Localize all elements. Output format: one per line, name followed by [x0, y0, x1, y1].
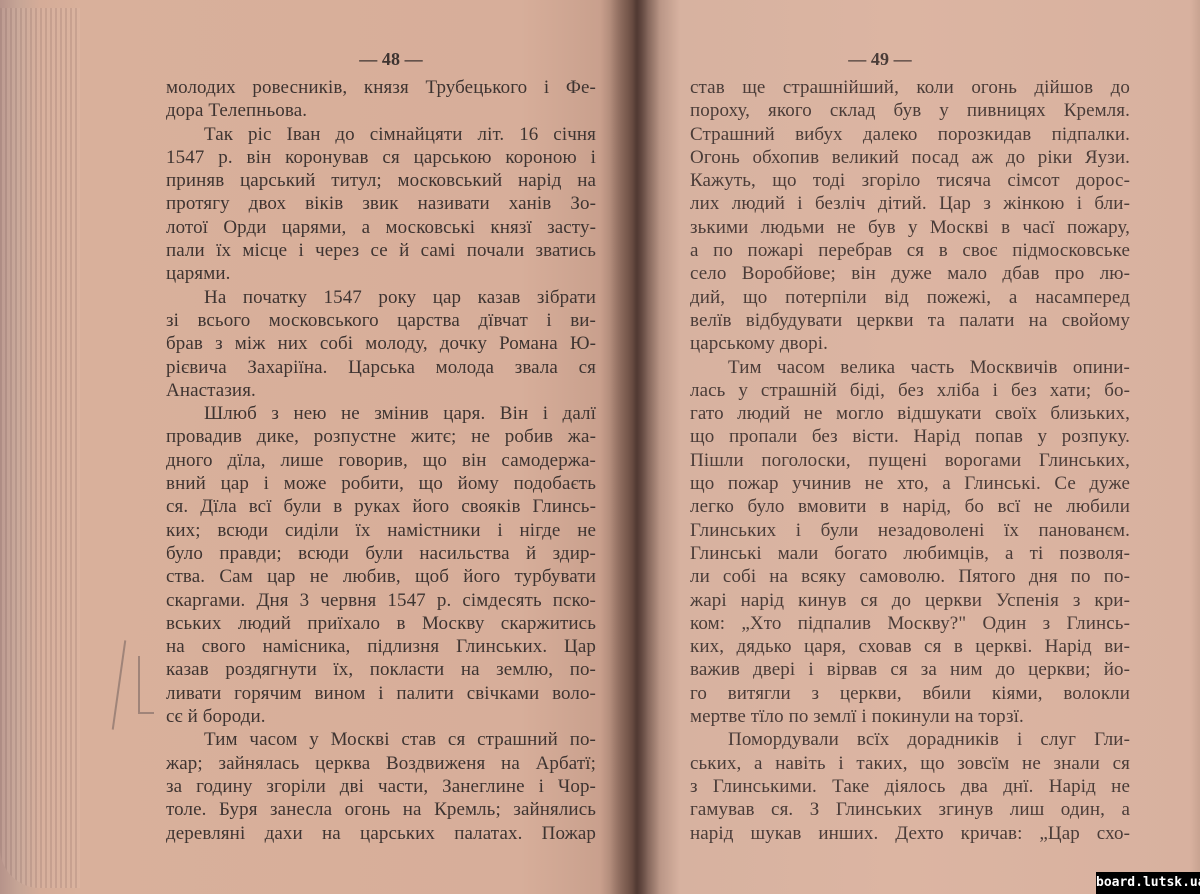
pencil-margin-mark — [112, 640, 127, 729]
text-line: приняв царський титул; московський нарід… — [166, 169, 596, 192]
text-line: Пішли поголоски, пущені ворогами Глинськ… — [690, 449, 1130, 472]
text-line: ливати горячим вином і палити свічками в… — [166, 682, 596, 705]
text-line: ся. Дїла всї були в руках його свояків Г… — [166, 495, 596, 518]
text-line: що пропали без вісти. Нарід попав у розп… — [690, 425, 1130, 448]
left-page: — 48 — молодих ровесників, князя Трубець… — [166, 48, 596, 845]
text-line: Страшний вибух далеко порозкидав підпалк… — [690, 123, 1130, 146]
text-line: важив двері і вірвав ся за ним до церкви… — [690, 658, 1130, 681]
text-line: жар; зайнялась церква Воздвиженя на Арба… — [166, 752, 596, 775]
text-line: лотої Орди царями, а московські князї за… — [166, 216, 596, 239]
text-line: скаргами. Дня 3 червня 1547 р. сімдесять… — [166, 589, 596, 612]
text-line: ських, а навіть і таких, що зовсїм не зн… — [690, 752, 1130, 775]
text-line: легко було вмовити в нарід, бо всї не лю… — [690, 495, 1130, 518]
text-line: ких, дядько царя, сховав ся в церкві. На… — [690, 635, 1130, 658]
text-line: став ще страшнійший, коли огонь дійшов д… — [690, 76, 1130, 99]
text-line: Анастазия. — [166, 379, 596, 402]
text-line: толе. Буря занесла огонь на Кремль; зайн… — [166, 798, 596, 821]
text-line: пороху, якого склад був у пивницях Кремл… — [690, 99, 1130, 122]
text-line: ли собі на всяку самоволю. Пятого дня по… — [690, 565, 1130, 588]
text-line: деревляні дахи на царських палатах. Пожа… — [166, 822, 596, 845]
book-spread: — 48 — молодих ровесників, князя Трубець… — [0, 0, 1200, 894]
text-line: вських людий приїхало в Москву скаржитис… — [166, 612, 596, 635]
text-line: зькими людьми не був у Москві в часї пож… — [690, 216, 1130, 239]
text-line: рієвича Захаріїна. Царська молода звала … — [166, 356, 596, 379]
text-line: Тим часом велика часть Москвичів опини- — [690, 356, 1130, 379]
text-line: ства. Сам цар не любив, щоб його турбува… — [166, 565, 596, 588]
text-line: дий, що потерпіли від пожежі, а насампер… — [690, 286, 1130, 309]
text-line: Кажуть, що тоді згоріло тисяча сімсот до… — [690, 169, 1130, 192]
text-line: провадив дике, розпустне житє; не робив … — [166, 425, 596, 448]
text-line: 1547 р. він коронував ся царською короно… — [166, 146, 596, 169]
text-line: сє й бороди. — [166, 705, 596, 728]
text-line: з Глинськими. Таке діялось два днї. Нарі… — [690, 775, 1130, 798]
text-line: гамував ся. З Глинських згинув лиш один,… — [690, 798, 1130, 821]
text-line: брав з між них собі молоду, дочку Романа… — [166, 332, 596, 355]
text-line: дора Телепньова. — [166, 99, 596, 122]
text-line: гато людий не могло відшукати своїх близ… — [690, 402, 1130, 425]
right-page-text: став ще страшнійший, коли огонь дійшов д… — [690, 76, 1130, 845]
text-line: що пожар учинив не хто, а Глинські. Се д… — [690, 472, 1130, 495]
text-line: го витягли з церкви, вбили кіями, волокл… — [690, 682, 1130, 705]
page-number-left: — 48 — — [166, 48, 596, 70]
text-line: царському дворі. — [690, 332, 1130, 355]
text-line: пали їх місце і через се й самі почали з… — [166, 239, 596, 262]
text-line: молодих ровесників, князя Трубецького і … — [166, 76, 596, 99]
text-line: Помордували всїх дорадників і слуг Гли- — [690, 728, 1130, 751]
text-line: ком: „Хто підпалив Москву?" Один з Глинс… — [690, 612, 1130, 635]
text-line: велїв відбудувати церкви та палати на св… — [690, 309, 1130, 332]
text-line: На початку 1547 року цар казав зібрати — [166, 286, 596, 309]
text-line: нарід шукав инших. Дехто кричав: „Цар сх… — [690, 822, 1130, 845]
text-line: дного дїла, лише говорив, що він самодер… — [166, 449, 596, 472]
watermark: board.lutsk.ua — [1096, 872, 1200, 894]
text-line: за годину згоріли дві части, Занеглине і… — [166, 775, 596, 798]
text-line: село Воробйове; він дуже мало дбав про л… — [690, 262, 1130, 285]
text-line: лась у страшній біді, без хліба і без ха… — [690, 379, 1130, 402]
left-page-text: молодих ровесників, князя Трубецького і … — [166, 76, 596, 845]
text-line: а по пожарі перебрав ся в своє підмосков… — [690, 239, 1130, 262]
text-line: Глинських і були незадоволені їх панован… — [690, 519, 1130, 542]
book-gutter — [610, 0, 660, 894]
text-line: Так ріс Іван до сімнайцяти літ. 16 січня — [166, 123, 596, 146]
text-line: казав роздягнути їх, покласти на землю, … — [166, 658, 596, 681]
pencil-margin-bracket — [138, 656, 154, 714]
page-number-right: — 49 — — [690, 48, 1130, 70]
page-edges — [0, 8, 80, 888]
text-line: вний цар і може робити, що йому подобаєт… — [166, 472, 596, 495]
text-line: царями. — [166, 262, 596, 285]
right-page: — 49 — став ще страшнійший, коли огонь д… — [690, 48, 1130, 845]
text-line: жарі нарід кинув ся до церкви Успенія з … — [690, 589, 1130, 612]
text-line: Глинські мали богато любимців, а ті позв… — [690, 542, 1130, 565]
text-line: мертве тїло по землї і покинули на торзї… — [690, 705, 1130, 728]
text-line: Тим часом у Москві став ся страшний по- — [166, 728, 596, 751]
text-line: протягу двох віків звик називати ханів З… — [166, 192, 596, 215]
text-line: було правди; всюди були насильства й зди… — [166, 542, 596, 565]
text-line: ких; всюди сиділи їх намістники і нігде … — [166, 519, 596, 542]
text-line: Шлюб з нею не змінив царя. Він і далї — [166, 402, 596, 425]
text-line: на свого намісника, підлизня Глинських. … — [166, 635, 596, 658]
text-line: зі всього московського царства дївчат і … — [166, 309, 596, 332]
text-line: Огонь обхопив великий посад аж до ріки Я… — [690, 146, 1130, 169]
text-line: лих людий і безліч дітий. Цар з жінкою і… — [690, 192, 1130, 215]
